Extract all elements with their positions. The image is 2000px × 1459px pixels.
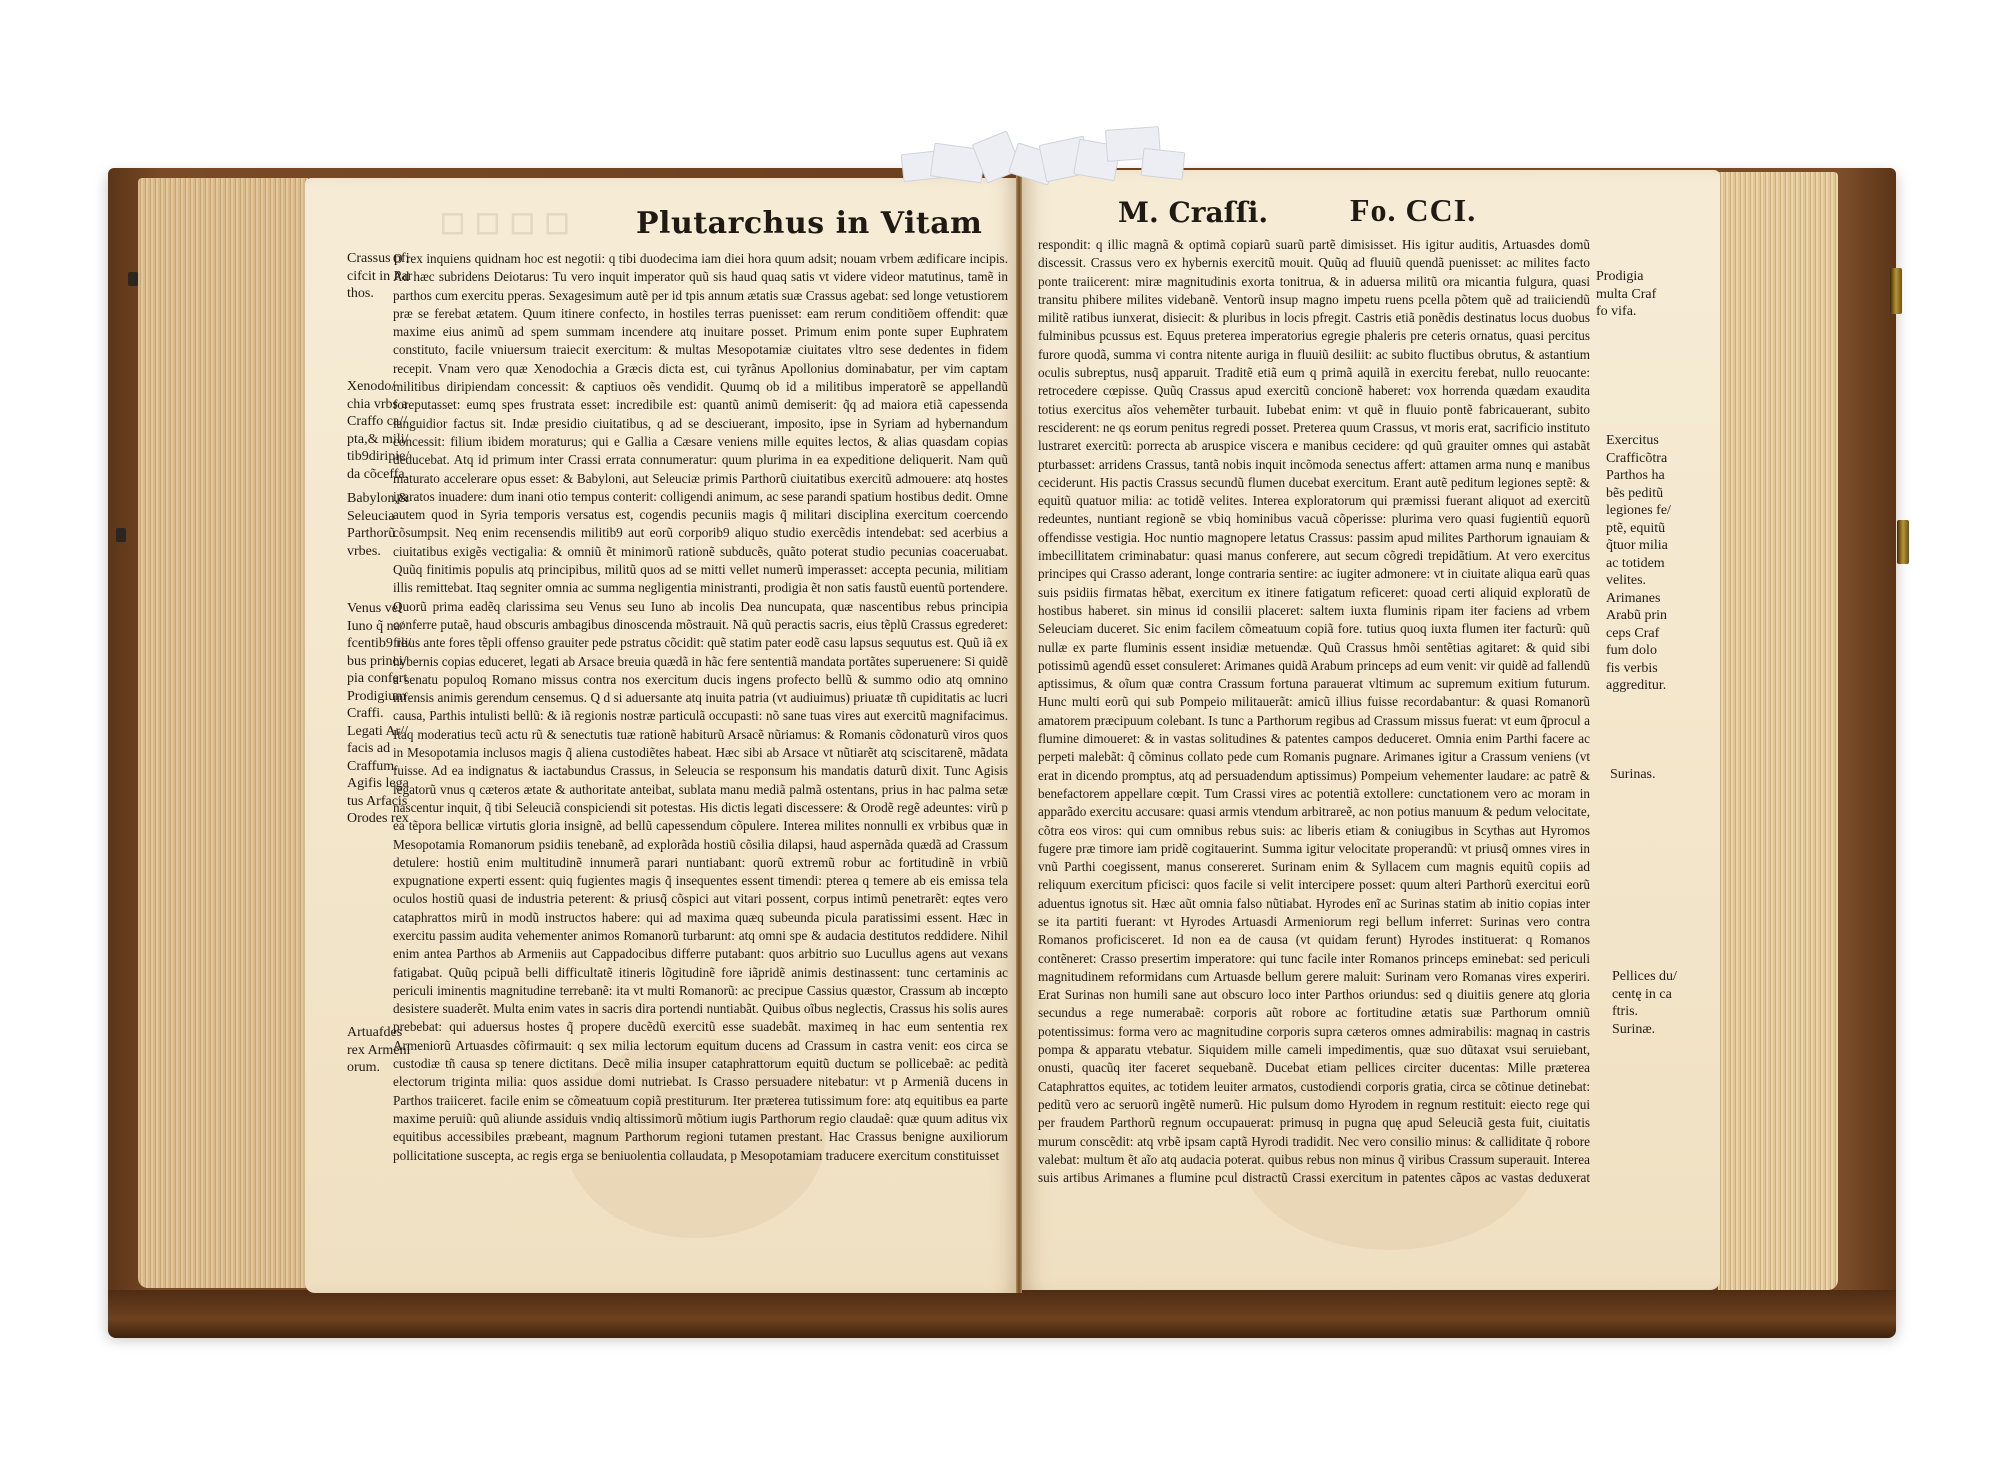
clasp-nail-top-left: [128, 272, 138, 286]
left-running-head: Plutarchus in Vitam: [636, 206, 982, 241]
paper-slips: [892, 132, 1192, 182]
right-running-head: M. Craſſi.: [1118, 196, 1268, 229]
margin-note-pellices: Pellices du/ centę in ca ftris. Surinæ.: [1612, 968, 1677, 1038]
show-through-text: ☐ ☐ ☐ ☐: [440, 208, 570, 241]
book-gutter: [1016, 168, 1022, 1293]
left-body-paragraph: O rex inquiens quidnam hoc est negotii: …: [393, 250, 1008, 1165]
clasp-nail-bottom-left: [116, 528, 126, 542]
right-page-body-text: respondit: q illic magnã & optimã copiar…: [1038, 236, 1590, 1186]
open-book: ☐ ☐ ☐ ☐ Plutarchus in Vitam Crassus pfi …: [0, 0, 2000, 1459]
brass-clasp-top: [1890, 268, 1902, 314]
left-page-body-text: O rex inquiens quidnam hoc est negotii: …: [393, 250, 1008, 1250]
page-block-right: [1718, 172, 1838, 1290]
margin-note-prodigia: Prodigia multa Craf fo vifa.: [1596, 268, 1656, 321]
right-body-paragraph: respondit: q illic magnã & optimã copiar…: [1038, 236, 1590, 1186]
cover-lower-edge: [108, 1290, 1896, 1338]
brass-clasp-bottom: [1897, 520, 1909, 564]
page-block-left: [138, 178, 308, 1288]
margin-note-exercitus-arimanes: Exercitus Crafficõtra Parthos ha bẽs ped…: [1606, 432, 1671, 695]
margin-note-surinas: Surinas.: [1610, 766, 1656, 784]
folio-number: Fo. CCI.: [1350, 192, 1476, 229]
